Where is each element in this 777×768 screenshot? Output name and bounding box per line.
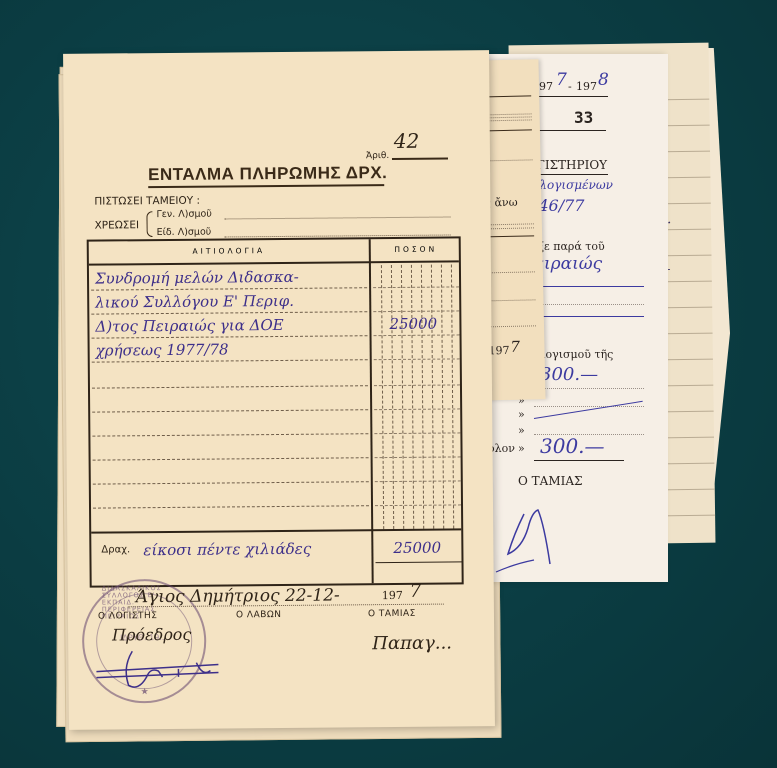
receipt-budget-amount: 300.—: [540, 364, 598, 385]
receipt-year2: 197: [576, 80, 597, 93]
year-printed: 197: [382, 589, 403, 602]
receipt-number: 33: [574, 108, 593, 127]
amount-in-words: είκοσι πέντε χιλιάδες: [143, 540, 311, 559]
cashier-signature: Παπαγ...: [372, 633, 452, 655]
payment-order: Ἀριθ. 42 ΕΝΤΑΛΜΑ ΠΛΗΡΩΜΗΣ ΔΡΧ. ΠΙΣΤΩΣΕΙ …: [63, 50, 495, 730]
document-title: ΕΝΤΑΛΜΑ ΠΛΗΡΩΜΗΣ ΔΡΧ.: [148, 163, 387, 185]
president-signature: [92, 647, 222, 698]
recipient-label: Ο ΛΑΒΩΝ: [236, 610, 282, 620]
accountant-label: Ο ΛΟΓΙΣΤΗΣ: [98, 611, 158, 622]
line-amount: 25000: [389, 315, 437, 333]
strip-year-hw: 7: [510, 338, 520, 356]
receipt-year2-hw: 8: [598, 70, 609, 90]
receipt-year1-hw: 7: [556, 70, 567, 90]
cashier-signature: [494, 484, 574, 574]
column-header-reason: ΑΙΤΙΟΛΟΓΙΑ: [89, 245, 369, 256]
debit-label: ΧΡΕΩΣΕΙ: [95, 219, 140, 231]
reason-amount-table: ΑΙΤΙΟΛΟΓΙΑ ΠΟΣΟΝ Συνδρομή μελών Διδασ: [87, 236, 464, 587]
debit-general-label: Γεν. Λ)σμοῦ: [156, 209, 211, 220]
accountant-signature: Πρόεδρος: [112, 625, 191, 645]
description-line-1: Συνδρομή μελών Διδασκα-: [95, 268, 299, 288]
order-number: 42: [394, 129, 420, 153]
receipt-total-amount: 300.—: [540, 434, 605, 458]
number-label: Ἀριθ.: [366, 151, 389, 161]
ditto-mark: »: [518, 442, 525, 455]
description-line-2: λικού Συλλόγου Ε' Περιφ.: [95, 292, 294, 312]
ditto-mark: »: [518, 408, 525, 421]
column-header-amount: ΠΟΣΟΝ: [373, 244, 459, 254]
description-line-4: χρήσεως 1977/78: [96, 340, 229, 359]
cashier-label: Ο ΤΑΜΙΑΣ: [368, 609, 416, 619]
description-line-3: Δ)τος Πειραιώς για ΔΟΕ: [95, 316, 283, 336]
total-amount: 25000: [393, 539, 441, 557]
year-handwritten: 7: [410, 581, 422, 602]
drachmas-label: Δραχ.: [101, 544, 130, 555]
debit-special-label: Είδ. Λ)σμοῦ: [157, 227, 212, 238]
credit-label: ΠΙΣΤΩΣΕΙ ΤΑΜΕΙΟΥ :: [94, 195, 200, 208]
ditto-mark: »: [518, 424, 525, 437]
